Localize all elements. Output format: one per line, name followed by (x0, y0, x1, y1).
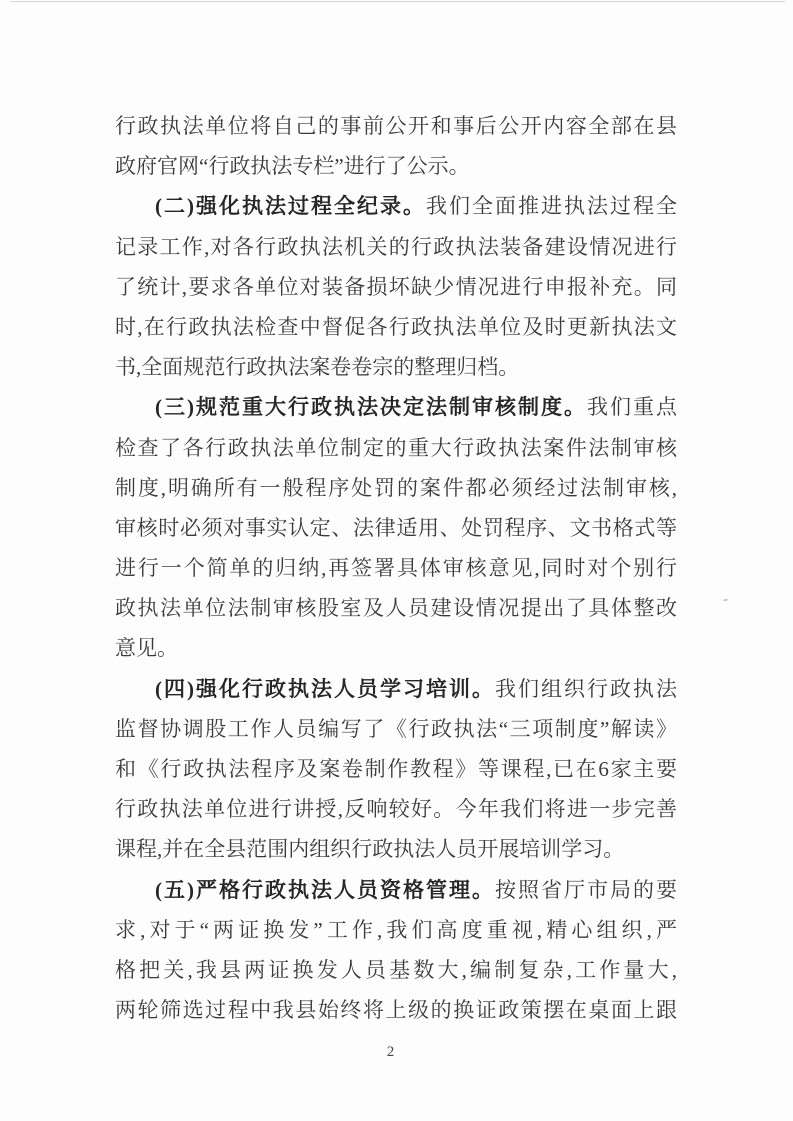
paragraph-heading: (三)规范重大行政执法决定法制审核制度。 (155, 395, 587, 419)
text-line: 监督协调股工作人员编写了《行政执法“三项制度”解读》 (115, 709, 677, 749)
text-line: 制度,明确所有一般程序处罚的案件都必须经过法制审核, (115, 468, 677, 508)
text-line: 进行一个简单的归纳,再签署具体审核意见,同时对个别行 (115, 548, 677, 588)
line-text: 行政执法单位进行讲授,反响较好。今年我们将进一步完善 (115, 797, 677, 821)
text-line: 求,对于“两证换发”工作,我们高度重视,精心组织,严 (115, 910, 677, 950)
text-line: 政执法单位法制审核股室及人员建设情况提出了具体整改 (115, 588, 677, 628)
line-text: 检查了各行政执法单位制定的重大行政执法案件法制审核 (115, 436, 677, 460)
text-line: 课程,并在全县范围内组织行政执法人员开展培训学习。 (115, 829, 677, 869)
text-line: 格把关,我县两证换发人员基数大,编制复杂,工作量大, (115, 950, 677, 990)
text-line: 书,全面规范行政执法案卷卷宗的整理归档。 (115, 347, 677, 387)
text-line: 两轮筛选过程中我县始终将上级的换证政策摆在桌面上跟 (115, 990, 677, 1030)
text-line: 审核时必须对事实认定、法律适用、处罚程序、文书格式等 (115, 508, 677, 548)
line-text: 了统计,要求各单位对装备损坏缺少情况进行申报补充。同 (115, 275, 677, 299)
line-text: 政执法单位法制审核股室及人员建设情况提出了具体整改 (115, 596, 677, 620)
text-line: 行政执法单位进行讲授,反响较好。今年我们将进一步完善 (115, 789, 677, 829)
text-line: 意见。 (115, 628, 677, 668)
paragraph-heading: (二)强化执法过程全纪录。 (155, 194, 426, 218)
line-text: 和《行政执法程序及案卷制作教程》等课程,已在6家主要 (115, 757, 677, 781)
text-line: (四)强化行政执法人员学习培训。我们组织行政执法 (115, 669, 677, 709)
scan-artifact-speck (723, 599, 728, 602)
line-text: 按照省厅市局的要 (495, 878, 677, 902)
text-line: 检查了各行政执法单位制定的重大行政执法案件法制审核 (115, 428, 677, 468)
line-text: 记录工作,对各行政执法机关的行政执法装备建设情况进行 (115, 235, 677, 259)
line-text: 监督协调股工作人员编写了《行政执法“三项制度”解读》 (115, 717, 677, 741)
document-body: 行政执法单位将自己的事前公开和事后公开内容全部在县 政府官网“行政执法专栏”进行… (115, 106, 677, 1030)
text-line: 行政执法单位将自己的事前公开和事后公开内容全部在县 (115, 106, 677, 146)
line-text: 行政执法单位将自己的事前公开和事后公开内容全部在县 (115, 114, 677, 138)
text-line: (三)规范重大行政执法决定法制审核制度。我们重点 (115, 387, 677, 427)
paragraph-heading: (四)强化行政执法人员学习培训。 (155, 677, 495, 701)
text-line: 政府官网“行政执法专栏”进行了公示。 (115, 146, 677, 186)
line-text: 我们重点 (587, 395, 677, 419)
line-text: 我们全面推进执法过程全 (426, 194, 677, 218)
line-text: 制度,明确所有一般程序处罚的案件都必须经过法制审核, (115, 476, 677, 500)
paragraph-heading: (五)严格行政执法人员资格管理。 (155, 878, 495, 902)
line-text: 意见。 (115, 636, 178, 660)
line-text: 求,对于“两证换发”工作,我们高度重视,精心组织,严 (115, 918, 677, 942)
line-text: 进行一个简单的归纳,再签署具体审核意见,同时对个别行 (115, 556, 677, 580)
line-text: 审核时必须对事实认定、法律适用、处罚程序、文书格式等 (115, 516, 677, 540)
text-line: 记录工作,对各行政执法机关的行政执法装备建设情况进行 (115, 227, 677, 267)
text-line: (五)严格行政执法人员资格管理。按照省厅市局的要 (115, 870, 677, 910)
text-line: 和《行政执法程序及案卷制作教程》等课程,已在6家主要 (115, 749, 677, 789)
line-text: 两轮筛选过程中我县始终将上级的换证政策摆在桌面上跟 (115, 998, 677, 1022)
text-line: 了统计,要求各单位对装备损坏缺少情况进行申报补充。同 (115, 267, 677, 307)
document-page: 行政执法单位将自己的事前公开和事后公开内容全部在县 政府官网“行政执法专栏”进行… (0, 0, 793, 1121)
line-text: 政府官网“行政执法专栏”进行了公示。 (115, 154, 470, 178)
page-number: 2 (0, 1044, 781, 1061)
text-line: 时,在行政执法检查中督促各行政执法单位及时更新执法文 (115, 307, 677, 347)
line-text: 我们组织行政执法 (495, 677, 677, 701)
text-line: (二)强化执法过程全纪录。我们全面推进执法过程全 (115, 186, 677, 226)
line-text: 格把关,我县两证换发人员基数大,编制复杂,工作量大, (115, 958, 677, 982)
line-text: 课程,并在全县范围内组织行政执法人员开展培训学习。 (115, 837, 624, 861)
line-text: 时,在行政执法检查中督促各行政执法单位及时更新执法文 (115, 315, 677, 339)
scan-artifact-top-line (10, 1, 785, 2)
line-text: 书,全面规范行政执法案卷卷宗的整理归档。 (115, 355, 519, 379)
